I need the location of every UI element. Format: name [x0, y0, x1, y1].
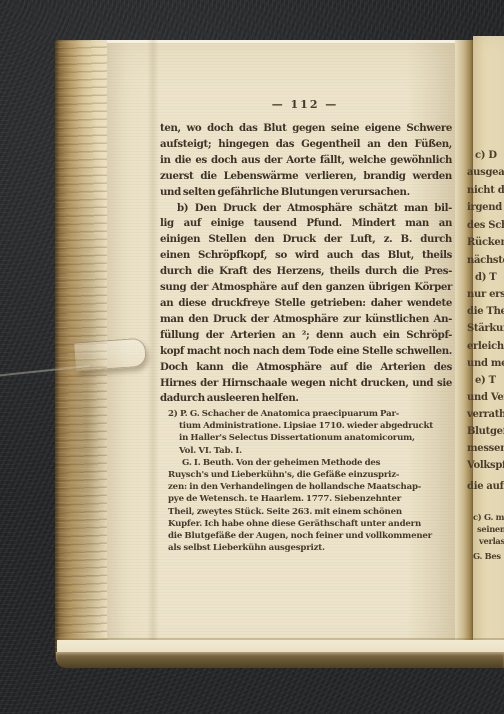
text-fragment: und mehr	[467, 358, 504, 369]
body-paragraph-b: b) Den Druck der Atmosphäre schätzt man …	[160, 201, 452, 408]
text-line: b) Den Druck der Atmosphäre schätzt man …	[160, 201, 452, 217]
text-line: Theil, zweytes Stück. Seite 263. mit ein…	[168, 506, 452, 518]
text-line: die Blutgefäße der Augen, noch feiner un…	[168, 530, 452, 542]
footnote-beuth: G. I. Beuth. Von der geheimen Methode de…	[168, 457, 452, 555]
text-fragment: e) T	[475, 375, 496, 386]
text-line: sung der Atmosphäre auf den ganzen übrig…	[160, 280, 452, 296]
text-line: man den Druck der Atmosphäre zur künstli…	[160, 312, 452, 328]
text-fragment: nicht des	[467, 185, 504, 196]
text-line: dadurch ausleeren helfen.	[160, 391, 452, 407]
text-line: Ruysch's und Lieberkühn's, die Gefäße ei…	[168, 469, 452, 481]
text-fragment: nächsten B	[467, 255, 504, 266]
text-fragment: die auf d	[467, 481, 504, 492]
text-fragment: seinen	[477, 524, 504, 534]
text-fragment: erleichtern	[467, 341, 504, 352]
text-fragment: Rückenf	[467, 237, 504, 248]
text-line: aufsteigt; hingegen das Gegentheil an de…	[160, 137, 452, 153]
text-line: und selten gefährliche Blutungen verursa…	[160, 185, 452, 201]
next-page-text-fragments: c) Dausgeannicht desirgend derdes SchmRü…	[467, 40, 504, 658]
text-line: an diese druckfreye Stelle getrieben: da…	[160, 296, 452, 312]
text-fragment: verlas	[479, 536, 504, 546]
text-fragment: G. Bes	[473, 551, 501, 561]
text-line: Hirnes der Hirnschaale wegen nicht druck…	[160, 376, 452, 392]
text-fragment: verrathe	[467, 409, 504, 420]
photo-background: — 112 — ten, wo doch das Blut gegen sein…	[0, 0, 504, 714]
text-fragment: Stärkung	[467, 323, 504, 334]
page-text-block: ten, wo doch das Blut gegen seine eigene…	[160, 121, 452, 407]
body-paragraph-continuation: ten, wo doch das Blut gegen seine eigene…	[160, 121, 452, 201]
text-fragment: c) G. m	[473, 512, 504, 522]
text-line: Kupfer. Ich habe ohne diese Geräthschaft…	[168, 518, 452, 530]
text-line: tium Administratione. Lipsiae 1710. wied…	[179, 420, 452, 432]
book-page-spread: — 112 — ten, wo doch das Blut gegen sein…	[55, 40, 504, 668]
text-fragment: irgend der	[467, 202, 504, 213]
text-line: in Haller's Selectus Dissertationum anat…	[179, 432, 452, 444]
text-line: in die es doch aus der Aorte fällt, welc…	[160, 153, 452, 169]
text-line: als selbst Lieberkühn ausgesprizt.	[168, 542, 452, 554]
page-number: — 112 —	[160, 98, 450, 111]
text-line: pye de Wetensch. te Haarlem. 1777. Siebe…	[168, 493, 452, 505]
text-fragment: Volkspfleg	[467, 460, 504, 471]
text-line: einigen Stellen den Druck der Luft, z. B…	[160, 232, 452, 248]
text-fragment: des Schm	[467, 220, 504, 231]
text-line: zen: in den Verhandelingen de hollandsch…	[168, 481, 452, 493]
book-page: — 112 — ten, wo doch das Blut gegen sein…	[107, 40, 455, 668]
text-line: ten, wo doch das Blut gegen seine eigene…	[160, 121, 452, 137]
page-crease	[147, 40, 159, 668]
text-fragment: messenen	[467, 443, 504, 454]
text-line: einen Schröpfkopf, so wird auch das Blut…	[160, 248, 452, 264]
text-fragment: ausgean	[467, 167, 504, 178]
text-line: durch die Kraft des Herzens, theils durc…	[160, 264, 452, 280]
text-line: Vol. VI. Tab. I.	[179, 445, 452, 457]
text-fragment: und Verf	[467, 392, 504, 403]
text-line: lig auf einige tausend Pfund. Mindert ma…	[160, 216, 452, 232]
text-line: G. I. Beuth. Von der geheimen Methode de…	[168, 457, 452, 469]
text-line: füllung der Arterien an ²; denn auch ein…	[160, 328, 452, 344]
text-fragment: d) T	[475, 272, 496, 283]
text-line: 2) P. G. Schacher de Anatomica praecipua…	[168, 408, 452, 420]
text-fragment: Blutgefä	[467, 426, 504, 437]
bottom-edge-pages	[56, 652, 504, 668]
footnotes-block: 2) P. G. Schacher de Anatomica praecipua…	[168, 408, 452, 554]
text-line: Doch kann die Atmosphäre auf die Arterie…	[160, 360, 452, 376]
text-line: zuerst die Lebenswärme verlieren, brandi…	[160, 169, 452, 185]
text-line: kopf macht noch nach dem Tode eine Stell…	[160, 344, 452, 360]
text-fragment: c) D	[475, 150, 497, 161]
text-fragment: die Theile	[467, 306, 504, 317]
footnote-schacher: 2) P. G. Schacher de Anatomica praecipua…	[168, 408, 452, 457]
text-fragment: nur erst	[467, 289, 504, 300]
